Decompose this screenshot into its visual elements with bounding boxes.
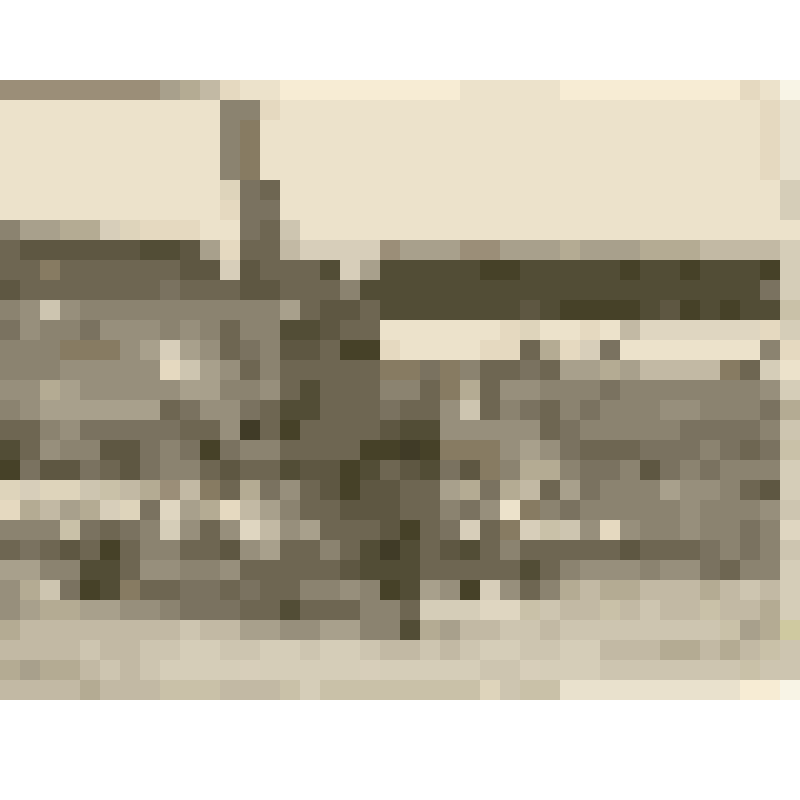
pixel-grid [0, 0, 800, 800]
pixelated-photo [0, 0, 800, 800]
